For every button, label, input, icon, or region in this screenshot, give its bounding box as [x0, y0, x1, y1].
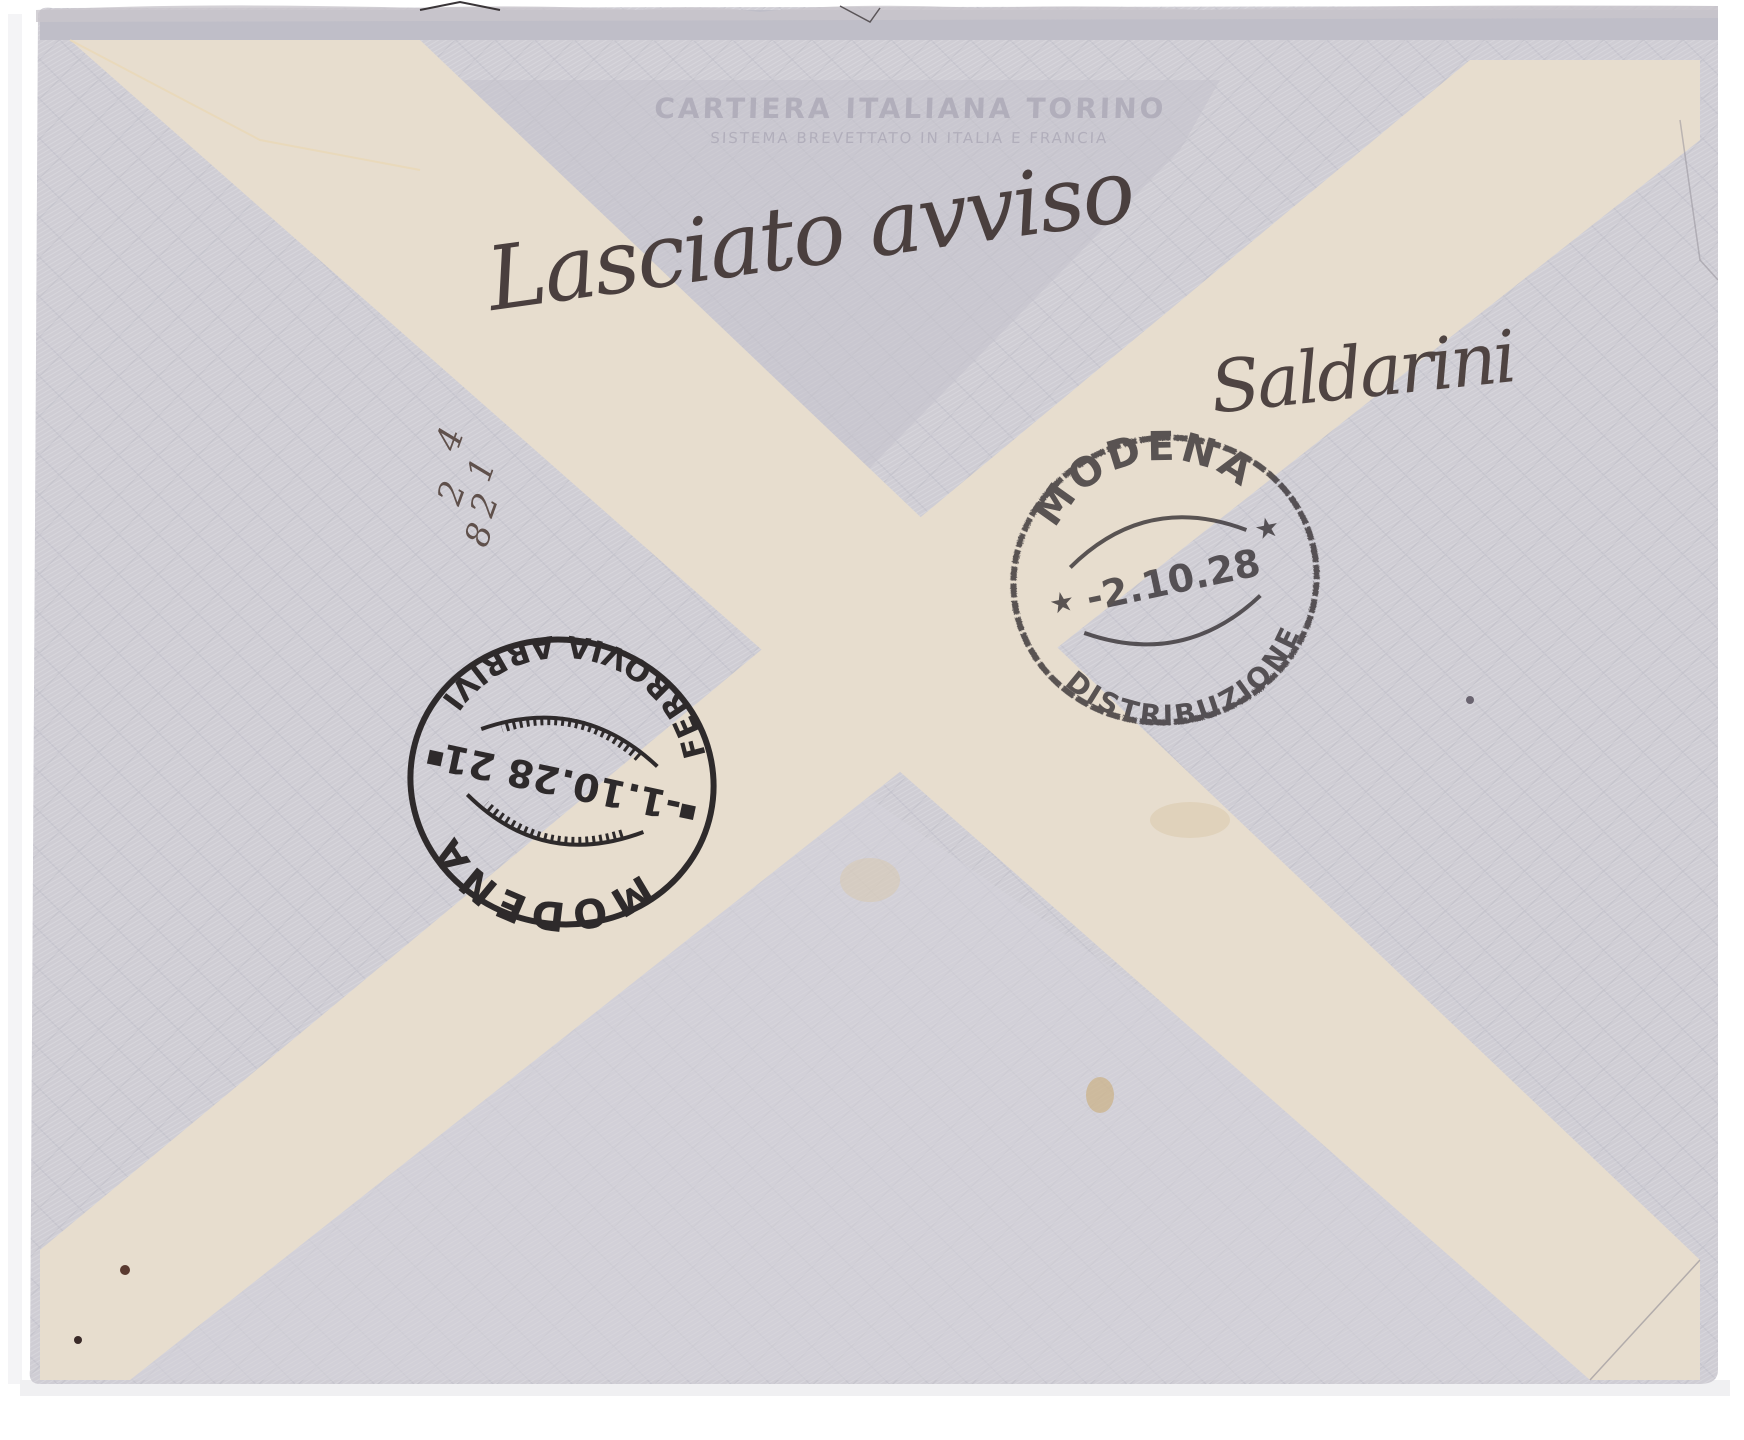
envelope-scan: CARTIERA ITALIANA TORINO SISTEMA BREVETT… [0, 0, 1744, 1440]
pencil-mark: 2 [462, 488, 507, 522]
letterhead: CARTIERA ITALIANA TORINO SISTEMA BREVETT… [599, 92, 1221, 147]
postmark-date: -2.10.28 [1082, 540, 1264, 620]
pencil-mark: 1 [459, 453, 504, 487]
star-icon: ★ [1251, 509, 1282, 546]
star-icon: ★ [1046, 584, 1077, 621]
letterhead-line-2: SISTEMA BREVETTATO IN ITALIA E FRANCIA [599, 129, 1220, 147]
postmark-date: -1.10.28 21 [439, 735, 686, 829]
pencil-mark: 4 [428, 422, 473, 456]
letterhead-line-1: CARTIERA ITALIANA TORINO [600, 92, 1221, 125]
